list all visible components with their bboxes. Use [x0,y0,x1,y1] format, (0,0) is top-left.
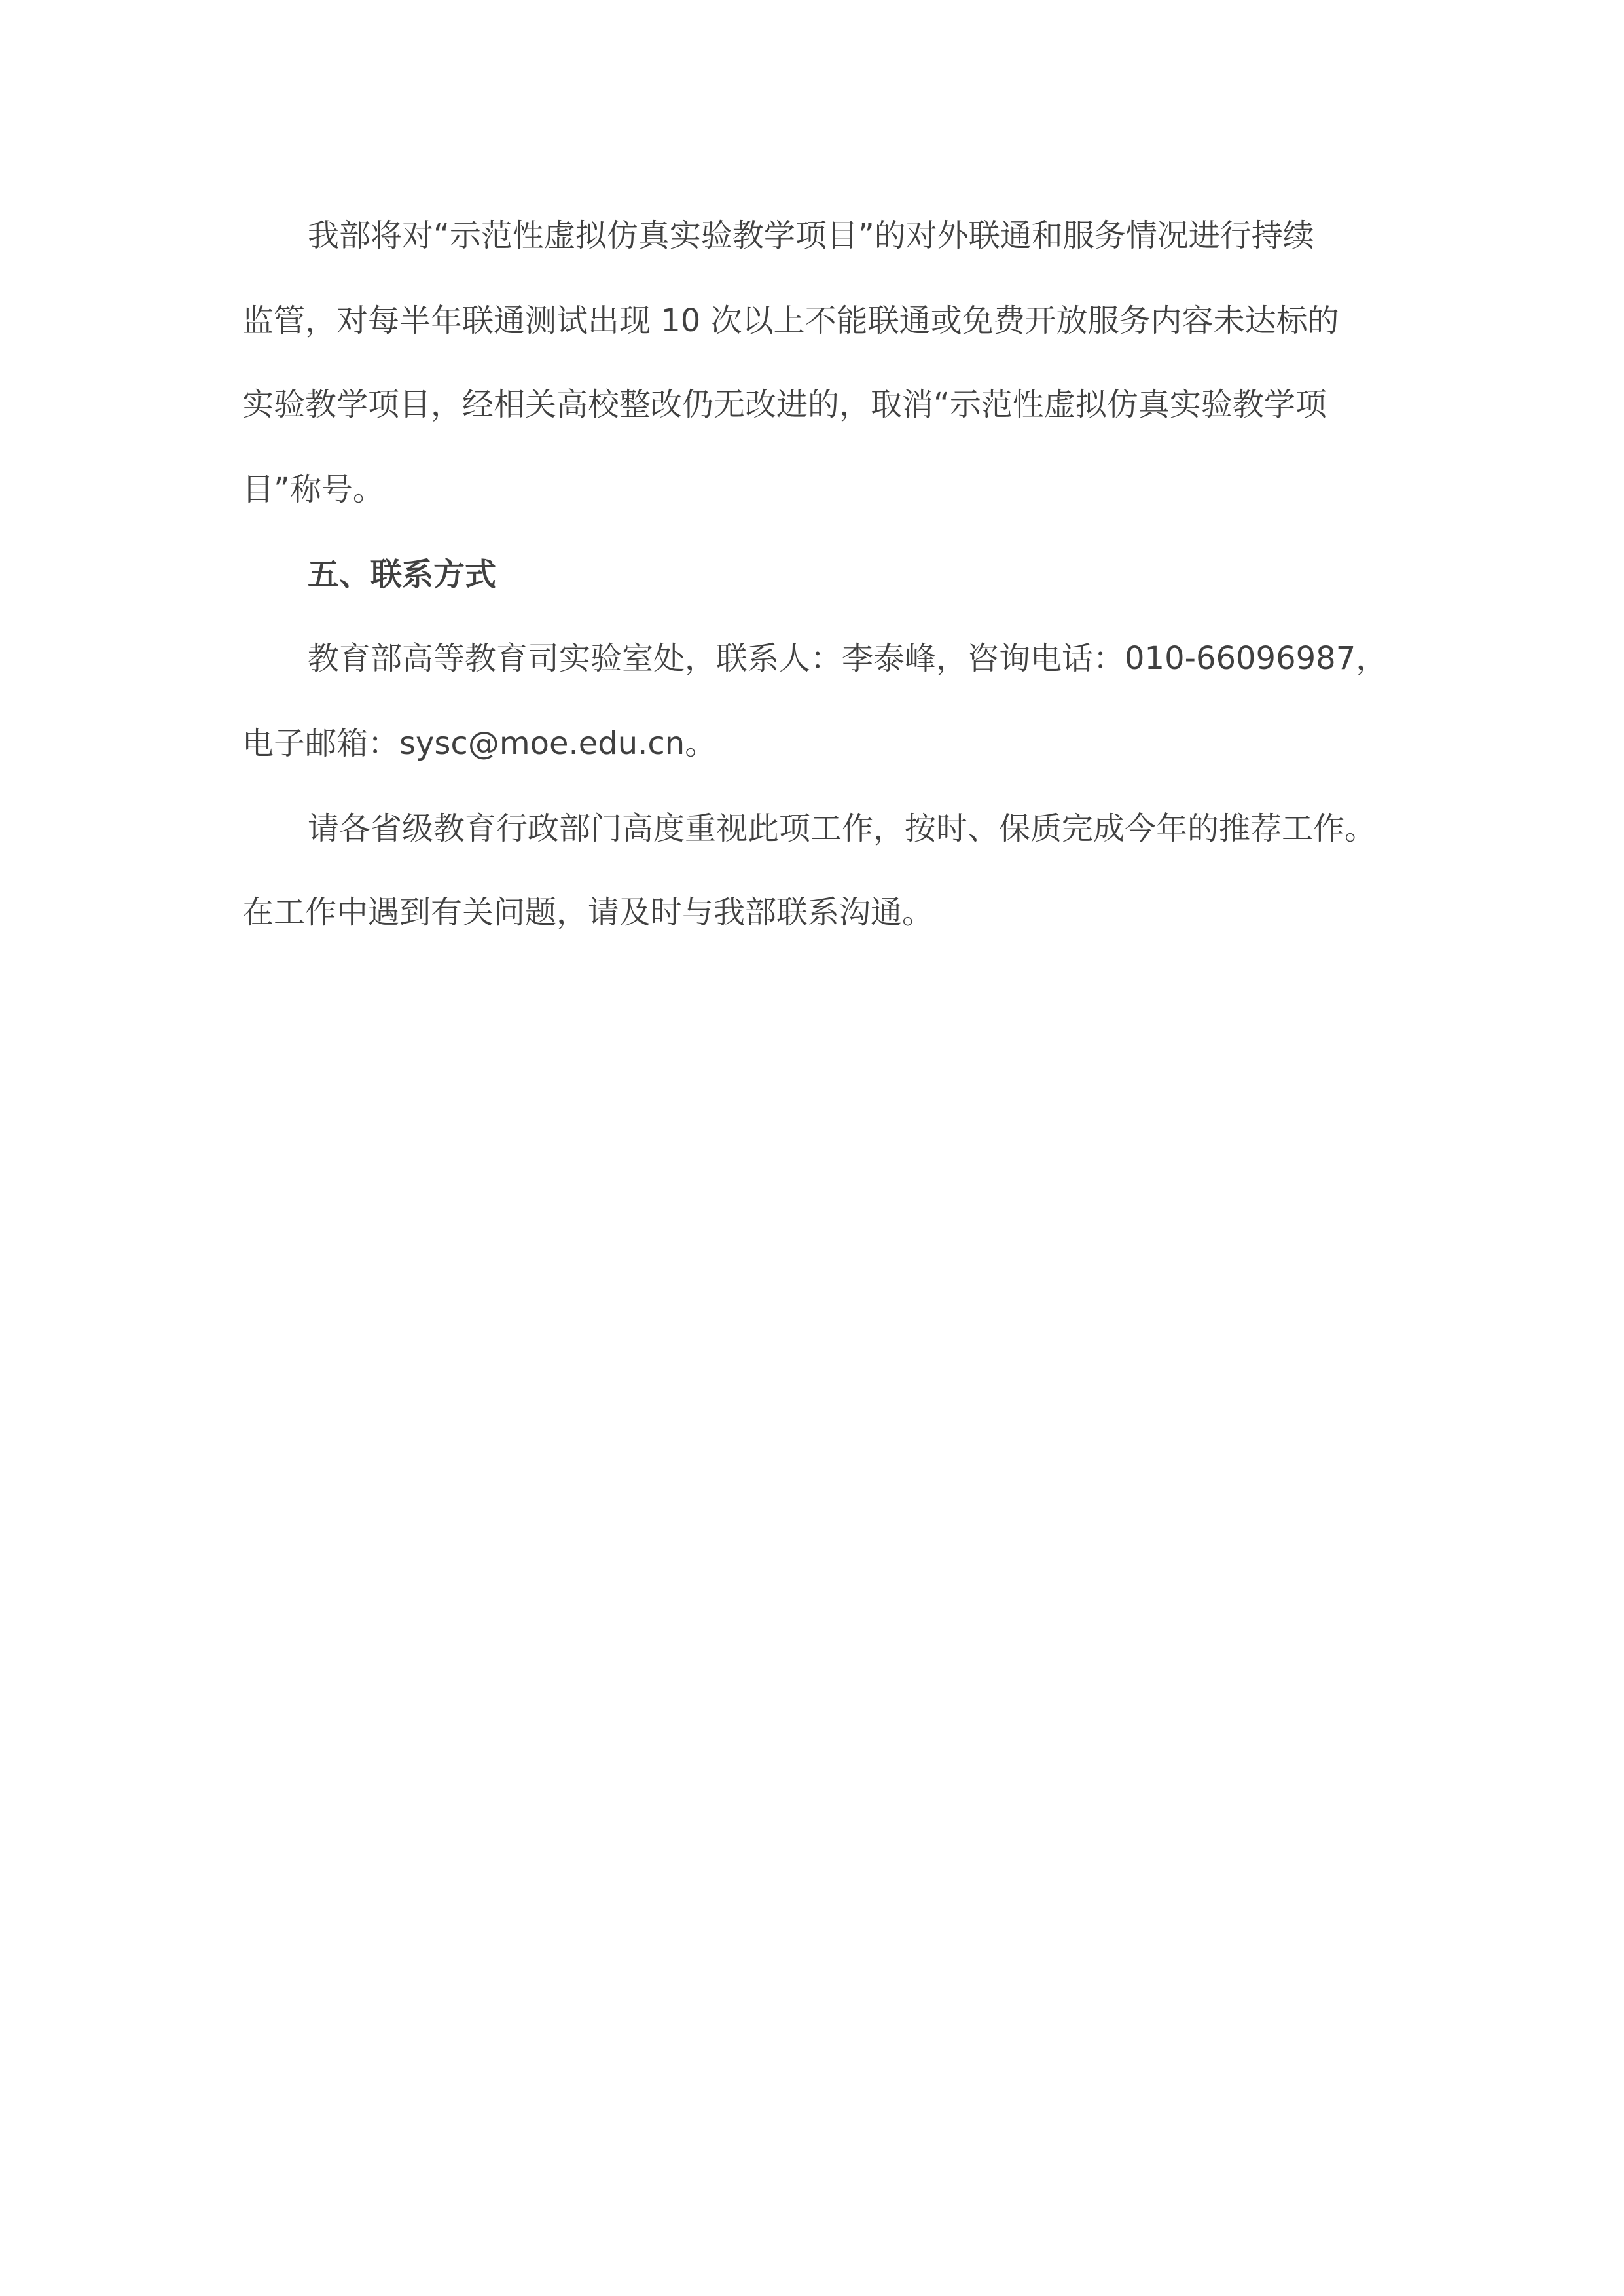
paragraph-line: 我部将对“示范性虚拟仿真实验教学项目”的对外联通和服务情况进行持续 [308,216,1314,255]
paragraph-line: 请各省级教育行政部门高度重视此项工作，按时、保质完成今年的推荐工作。 [308,809,1376,848]
paragraph-line: 监管，对每半年联通测试出现 10 次以上不能联通或免费开放服务内容未达标的 [242,301,1339,340]
section-heading: 五、联系方式 [308,555,496,594]
paragraph-line: 在工作中遇到有关问题，请及时与我部联系沟通。 [242,893,933,932]
contact-line: 教育部高等教育司实验室处，联系人：李泰峰，咨询电话：010-66096987， [308,639,1387,678]
email-line: 电子邮箱：sysc@moe.edu.cn。 [242,724,716,763]
paragraph-line: 实验教学项目，经相关高校整改仍无改进的，取消“示范性虚拟仿真实验教学项 [242,385,1327,424]
paragraph-line: 目”称号。 [242,470,384,509]
